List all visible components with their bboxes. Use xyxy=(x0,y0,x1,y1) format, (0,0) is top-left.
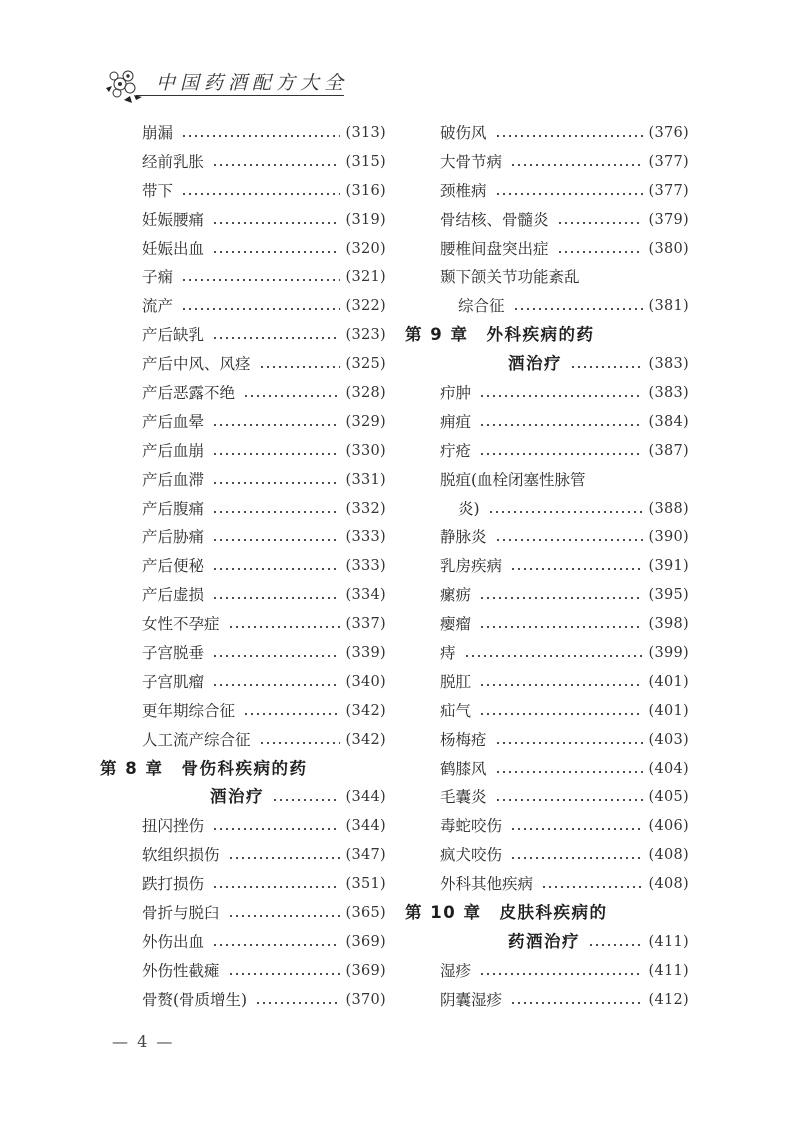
toc-entry-title: 产后缺乳 xyxy=(142,321,204,350)
toc-entry-title: 痈疽 xyxy=(440,408,471,437)
toc-entry[interactable]: 扭闪挫伤(344) xyxy=(100,812,392,841)
toc-entry[interactable]: 妊娠腰痛(319) xyxy=(100,206,392,235)
toc-entry[interactable]: 产后中风、风痉(325) xyxy=(100,350,392,379)
leader-dots xyxy=(479,957,642,986)
toc-page-number: (383) xyxy=(649,379,690,408)
page-number: — 4 — xyxy=(112,1032,174,1051)
toc-entry[interactable]: 产后缺乳(323) xyxy=(100,321,392,350)
toc-entry-title: 酒治疗 xyxy=(210,783,264,812)
leader-dots xyxy=(495,119,643,148)
toc-entry-title: 疯犬咬伤 xyxy=(440,841,502,870)
toc-page-number: (342) xyxy=(346,697,387,726)
toc-entry[interactable]: 杨梅疮(403) xyxy=(405,726,695,755)
leader-dots xyxy=(510,552,642,581)
toc-entry[interactable]: 更年期综合征(342) xyxy=(100,697,392,726)
toc-page-number: (395) xyxy=(649,581,690,610)
toc-entry-title: 人工流产综合征 xyxy=(142,726,251,755)
leader-dots xyxy=(181,119,339,148)
toc-page-number: (313) xyxy=(346,119,387,148)
toc-entry-title: 外科其他疾病 xyxy=(440,870,533,899)
toc-page-number: (381) xyxy=(649,292,690,321)
toc-entry-title: 酒治疗 xyxy=(508,350,562,379)
toc-entry[interactable]: 颈椎病(377) xyxy=(405,177,695,206)
running-header: 中国药酒配方大全 xyxy=(100,60,350,110)
toc-entry[interactable]: 流产(322) xyxy=(100,292,392,321)
leader-dots xyxy=(212,235,339,264)
leader-dots xyxy=(495,783,643,812)
toc-page-number: (340) xyxy=(346,668,387,697)
toc-entry[interactable]: 骨折与脱臼(365) xyxy=(100,899,392,928)
toc-page-number: (337) xyxy=(346,610,387,639)
toc-chapter-heading[interactable]: 酒治疗(383) xyxy=(405,350,695,379)
toc-entry-title: 软组织损伤 xyxy=(142,841,220,870)
leader-dots xyxy=(212,321,339,350)
toc-entry-title: 破伤风 xyxy=(440,119,487,148)
leader-dots xyxy=(479,437,642,466)
toc-chapter-heading[interactable]: 第 9 章 外科疾病的药 xyxy=(405,321,695,350)
toc-entry-title: 外伤出血 xyxy=(142,928,204,957)
toc-page-number: (403) xyxy=(649,726,690,755)
toc-page-number: (384) xyxy=(649,408,690,437)
leader-dots xyxy=(212,206,339,235)
toc-entry-title: 产后恶露不绝 xyxy=(142,379,235,408)
toc-entry[interactable]: 产后血晕(329) xyxy=(100,408,392,437)
toc-entry[interactable]: 骨结核、骨髓炎(379) xyxy=(405,206,695,235)
toc-entry-title: 产后血滞 xyxy=(142,466,204,495)
flower-icon xyxy=(100,62,146,106)
toc-page-number: (330) xyxy=(346,437,387,466)
toc-chapter-heading[interactable]: 第 8 章 骨伤科疾病的药 xyxy=(100,755,392,784)
toc-entry-title: 妊娠腰痛 xyxy=(142,206,204,235)
toc-entry[interactable]: 产后血崩(330) xyxy=(100,437,392,466)
toc-page-number: (333) xyxy=(346,552,387,581)
toc-entry[interactable]: 产后血滞(331) xyxy=(100,466,392,495)
toc-page-number: (387) xyxy=(649,437,690,466)
toc-page-number: (376) xyxy=(649,119,690,148)
toc-entry[interactable]: 经前乳胀(315) xyxy=(100,148,392,177)
toc-entry-title: 子宫肌瘤 xyxy=(142,668,204,697)
toc-entry-title: 疔疮 xyxy=(440,437,471,466)
toc-page-number: (323) xyxy=(346,321,387,350)
leader-dots xyxy=(464,639,643,668)
toc-entry-title: 大骨节病 xyxy=(440,148,502,177)
toc-entry[interactable]: 骨赘(骨质增生)(370) xyxy=(100,986,392,1015)
toc-page-number: (347) xyxy=(346,841,387,870)
toc-page-number: (406) xyxy=(649,812,690,841)
leader-dots xyxy=(259,350,340,379)
toc-page-number: (320) xyxy=(346,235,387,264)
toc-entry-title: 子宫脱垂 xyxy=(142,639,204,668)
toc-chapter-heading[interactable]: 酒治疗(344) xyxy=(100,783,392,812)
toc-left-column: 崩漏(313)经前乳胀(315)带下(316)妊娠腰痛(319)妊娠出血(320… xyxy=(100,119,392,1015)
toc-entry-title: 阴囊湿疹 xyxy=(440,986,502,1015)
toc-entry-title: 扭闪挫伤 xyxy=(142,812,204,841)
toc-entry-title: 乳房疾病 xyxy=(440,552,502,581)
leader-dots xyxy=(259,726,340,755)
toc-page-number: (365) xyxy=(346,899,387,928)
toc-entry[interactable]: 毒蛇咬伤(406) xyxy=(405,812,695,841)
toc-page-number: (383) xyxy=(649,350,690,379)
leader-dots xyxy=(541,870,642,899)
toc-entry[interactable]: 脱疽(血栓闭塞性脉管 xyxy=(405,466,695,495)
toc-entry[interactable]: 大骨节病(377) xyxy=(405,148,695,177)
toc-right-column: 破伤风(376)大骨节病(377)颈椎病(377)骨结核、骨髓炎(379)腰椎间… xyxy=(405,119,695,1015)
toc-page-number: (377) xyxy=(649,177,690,206)
toc-entry-title: 流产 xyxy=(142,292,173,321)
leader-dots xyxy=(181,292,339,321)
toc-page-number: (380) xyxy=(649,235,690,264)
toc-entry[interactable]: 破伤风(376) xyxy=(405,119,695,148)
toc-page-number: (342) xyxy=(346,726,387,755)
toc-chapter-heading[interactable]: 药酒治疗(411) xyxy=(405,928,695,957)
leader-dots xyxy=(479,408,642,437)
leader-dots xyxy=(228,957,340,986)
leader-dots xyxy=(243,697,339,726)
toc-entry-title: 产后便秘 xyxy=(142,552,204,581)
toc-entry[interactable]: 痔(399) xyxy=(405,639,695,668)
toc-page-number: (398) xyxy=(649,610,690,639)
toc-entry[interactable]: 外伤性截瘫(369) xyxy=(100,957,392,986)
toc-entry-title: 疖肿 xyxy=(440,379,471,408)
leader-dots xyxy=(212,437,339,466)
toc-entry[interactable]: 毛囊炎(405) xyxy=(405,783,695,812)
leader-dots xyxy=(495,523,643,552)
leader-dots xyxy=(488,495,643,524)
leader-dots xyxy=(495,177,643,206)
toc-entry-title: 瘰疬 xyxy=(440,581,471,610)
leader-dots xyxy=(212,466,339,495)
toc-entry-title: 骨折与脱臼 xyxy=(142,899,220,928)
toc-entry-title: 湿疹 xyxy=(440,957,471,986)
toc-entry[interactable]: 产后恶露不绝(328) xyxy=(100,379,392,408)
leader-dots xyxy=(212,639,339,668)
toc-entry[interactable]: 软组织损伤(347) xyxy=(100,841,392,870)
leader-dots xyxy=(588,928,643,957)
toc-page-number: (334) xyxy=(346,581,387,610)
toc-page-number: (390) xyxy=(649,523,690,552)
leader-dots xyxy=(228,841,340,870)
toc-entry[interactable]: 鹤膝风(404) xyxy=(405,755,695,784)
leader-dots xyxy=(228,610,340,639)
toc-page-number: (391) xyxy=(649,552,690,581)
toc-entry-title: 痔 xyxy=(440,639,456,668)
toc-entry[interactable]: 疝气(401) xyxy=(405,697,695,726)
leader-dots xyxy=(272,783,340,812)
toc-entry-title: 产后中风、风痉 xyxy=(142,350,251,379)
toc-page-number: (369) xyxy=(346,928,387,957)
toc-entry-title: 跌打损伤 xyxy=(142,870,204,899)
toc-page-number: (333) xyxy=(346,523,387,552)
toc-page-number: (411) xyxy=(649,957,690,986)
toc-entry[interactable]: 瘰疬(395) xyxy=(405,581,695,610)
toc-page-number: (351) xyxy=(346,870,387,899)
header-rule xyxy=(136,95,344,96)
toc-page-number: (322) xyxy=(346,292,387,321)
toc-entry-title: 产后血晕 xyxy=(142,408,204,437)
toc-page-number: (408) xyxy=(649,841,690,870)
leader-dots xyxy=(228,899,340,928)
toc-entry-title: 静脉炎 xyxy=(440,523,487,552)
toc-entry-title: 子痫 xyxy=(142,263,173,292)
leader-dots xyxy=(212,812,339,841)
toc-entry-title: 炎) xyxy=(458,495,480,524)
book-title: 中国药酒配方大全 xyxy=(156,68,348,95)
toc-entry-title: 鹤膝风 xyxy=(440,755,487,784)
toc-page-number: (328) xyxy=(346,379,387,408)
toc-entry[interactable]: 女性不孕症(337) xyxy=(100,610,392,639)
leader-dots xyxy=(570,350,643,379)
toc-entry-title: 崩漏 xyxy=(142,119,173,148)
leader-dots xyxy=(510,986,642,1015)
leader-dots xyxy=(557,235,643,264)
toc-entry[interactable]: 疖肿(383) xyxy=(405,379,695,408)
leader-dots xyxy=(212,581,339,610)
toc-entry[interactable]: 产后腹痛(332) xyxy=(100,495,392,524)
toc-page-number: (377) xyxy=(649,148,690,177)
toc-page-number: (331) xyxy=(346,466,387,495)
toc-entry-title: 药酒治疗 xyxy=(508,928,580,957)
toc-entry-title: 瘿瘤 xyxy=(440,610,471,639)
toc-entry-title: 第 10 章 皮肤科疾病的 xyxy=(405,899,607,928)
toc-entry[interactable]: 跌打损伤(351) xyxy=(100,870,392,899)
toc-page-number: (321) xyxy=(346,263,387,292)
leader-dots xyxy=(212,552,339,581)
leader-dots xyxy=(479,581,642,610)
toc-entry-title: 经前乳胀 xyxy=(142,148,204,177)
toc-page-number: (405) xyxy=(649,783,690,812)
leader-dots xyxy=(510,812,642,841)
toc-entry-title: 产后腹痛 xyxy=(142,495,204,524)
toc-page-number: (329) xyxy=(346,408,387,437)
toc-entry[interactable]: 腰椎间盘突出症(380) xyxy=(405,235,695,264)
toc-entry[interactable]: 妊娠出血(320) xyxy=(100,235,392,264)
leader-dots xyxy=(479,379,642,408)
leader-dots xyxy=(212,495,339,524)
leader-dots xyxy=(510,148,642,177)
leader-dots xyxy=(479,697,642,726)
leader-dots xyxy=(513,292,643,321)
leader-dots xyxy=(510,841,642,870)
toc-entry[interactable]: 湿疹(411) xyxy=(405,957,695,986)
toc-entry-title: 脱疽(血栓闭塞性脉管 xyxy=(440,466,586,495)
leader-dots xyxy=(212,148,339,177)
toc-entry-title: 产后血崩 xyxy=(142,437,204,466)
toc-entry-title: 毒蛇咬伤 xyxy=(440,812,502,841)
toc-entry[interactable]: 瘿瘤(398) xyxy=(405,610,695,639)
toc-entry-title: 产后胁痛 xyxy=(142,523,204,552)
toc-page-number: (325) xyxy=(346,350,387,379)
toc-entry-title: 妊娠出血 xyxy=(142,235,204,264)
toc-entry[interactable]: 综合征(381) xyxy=(405,292,695,321)
toc-entry[interactable]: 崩漏(313) xyxy=(100,119,392,148)
toc-entry-title: 脱肛 xyxy=(440,668,471,697)
leader-dots xyxy=(557,206,643,235)
toc-page-number: (344) xyxy=(346,812,387,841)
toc-entry[interactable]: 疯犬咬伤(408) xyxy=(405,841,695,870)
toc-entry-title: 带下 xyxy=(142,177,173,206)
toc-entry[interactable]: 痈疽(384) xyxy=(405,408,695,437)
toc-page-number: (332) xyxy=(346,495,387,524)
toc-entry[interactable]: 阴囊湿疹(412) xyxy=(405,986,695,1015)
leader-dots xyxy=(212,928,339,957)
leader-dots xyxy=(212,523,339,552)
toc-entry[interactable]: 疔疮(387) xyxy=(405,437,695,466)
toc-entry[interactable]: 子痫(321) xyxy=(100,263,392,292)
toc-entry-title: 腰椎间盘突出症 xyxy=(440,235,549,264)
toc-entry-title: 颞下颌关节功能紊乱 xyxy=(440,263,580,292)
toc-entry-title: 外伤性截瘫 xyxy=(142,957,220,986)
toc-entry-title: 毛囊炎 xyxy=(440,783,487,812)
toc-chapter-heading[interactable]: 第 10 章 皮肤科疾病的 xyxy=(405,899,695,928)
toc-page-number: (401) xyxy=(649,697,690,726)
leader-dots xyxy=(495,755,643,784)
toc-page-number: (379) xyxy=(649,206,690,235)
leader-dots xyxy=(212,668,339,697)
toc-page-number: (319) xyxy=(346,206,387,235)
leader-dots xyxy=(181,263,339,292)
toc-entry[interactable]: 脱肛(401) xyxy=(405,668,695,697)
leader-dots xyxy=(479,610,642,639)
toc-page-number: (370) xyxy=(346,986,387,1015)
leader-dots xyxy=(479,668,642,697)
toc-entry-title: 疝气 xyxy=(440,697,471,726)
toc-entry[interactable]: 颞下颌关节功能紊乱 xyxy=(405,263,695,292)
toc-page-number: (388) xyxy=(649,495,690,524)
toc-entry[interactable]: 子宫肌瘤(340) xyxy=(100,668,392,697)
toc-page-number: (404) xyxy=(649,755,690,784)
toc-entry-title: 第 9 章 外科疾病的药 xyxy=(405,321,594,350)
toc-page-number: (408) xyxy=(649,870,690,899)
toc-page-number: (412) xyxy=(649,986,690,1015)
toc-entry-title: 颈椎病 xyxy=(440,177,487,206)
toc-entry[interactable]: 外伤出血(369) xyxy=(100,928,392,957)
toc-entry-title: 第 8 章 骨伤科疾病的药 xyxy=(100,755,307,784)
toc-entry[interactable]: 外科其他疾病(408) xyxy=(405,870,695,899)
toc-entry-title: 更年期综合征 xyxy=(142,697,235,726)
toc-entry-title: 骨赘(骨质增生) xyxy=(142,986,247,1015)
toc-entry-title: 综合征 xyxy=(458,292,505,321)
leader-dots xyxy=(181,177,339,206)
toc-entry[interactable]: 产后胁痛(333) xyxy=(100,523,392,552)
toc-entry[interactable]: 带下(316) xyxy=(100,177,392,206)
toc-entry[interactable]: 乳房疾病(391) xyxy=(405,552,695,581)
leader-dots xyxy=(255,986,339,1015)
toc-page-number: (369) xyxy=(346,957,387,986)
toc-entry[interactable]: 人工流产综合征(342) xyxy=(100,726,392,755)
toc-page-number: (411) xyxy=(649,928,690,957)
leader-dots xyxy=(212,870,339,899)
leader-dots xyxy=(495,726,643,755)
leader-dots xyxy=(243,379,339,408)
toc-page-number: (344) xyxy=(346,783,387,812)
toc-entry[interactable]: 子宫脱垂(339) xyxy=(100,639,392,668)
toc-page-number: (316) xyxy=(346,177,387,206)
toc-entry-title: 骨结核、骨髓炎 xyxy=(440,206,549,235)
leader-dots xyxy=(212,408,339,437)
toc-entry[interactable]: 静脉炎(390) xyxy=(405,523,695,552)
toc-page-number: (399) xyxy=(649,639,690,668)
toc-entry-title: 女性不孕症 xyxy=(142,610,220,639)
toc-page-number: (401) xyxy=(649,668,690,697)
toc-entry[interactable]: 炎)(388) xyxy=(405,495,695,524)
toc-entry[interactable]: 产后便秘(333) xyxy=(100,552,392,581)
toc-page-number: (339) xyxy=(346,639,387,668)
toc-page-number: (315) xyxy=(346,148,387,177)
toc-entry[interactable]: 产后虚损(334) xyxy=(100,581,392,610)
toc-entry-title: 产后虚损 xyxy=(142,581,204,610)
toc-entry-title: 杨梅疮 xyxy=(440,726,487,755)
